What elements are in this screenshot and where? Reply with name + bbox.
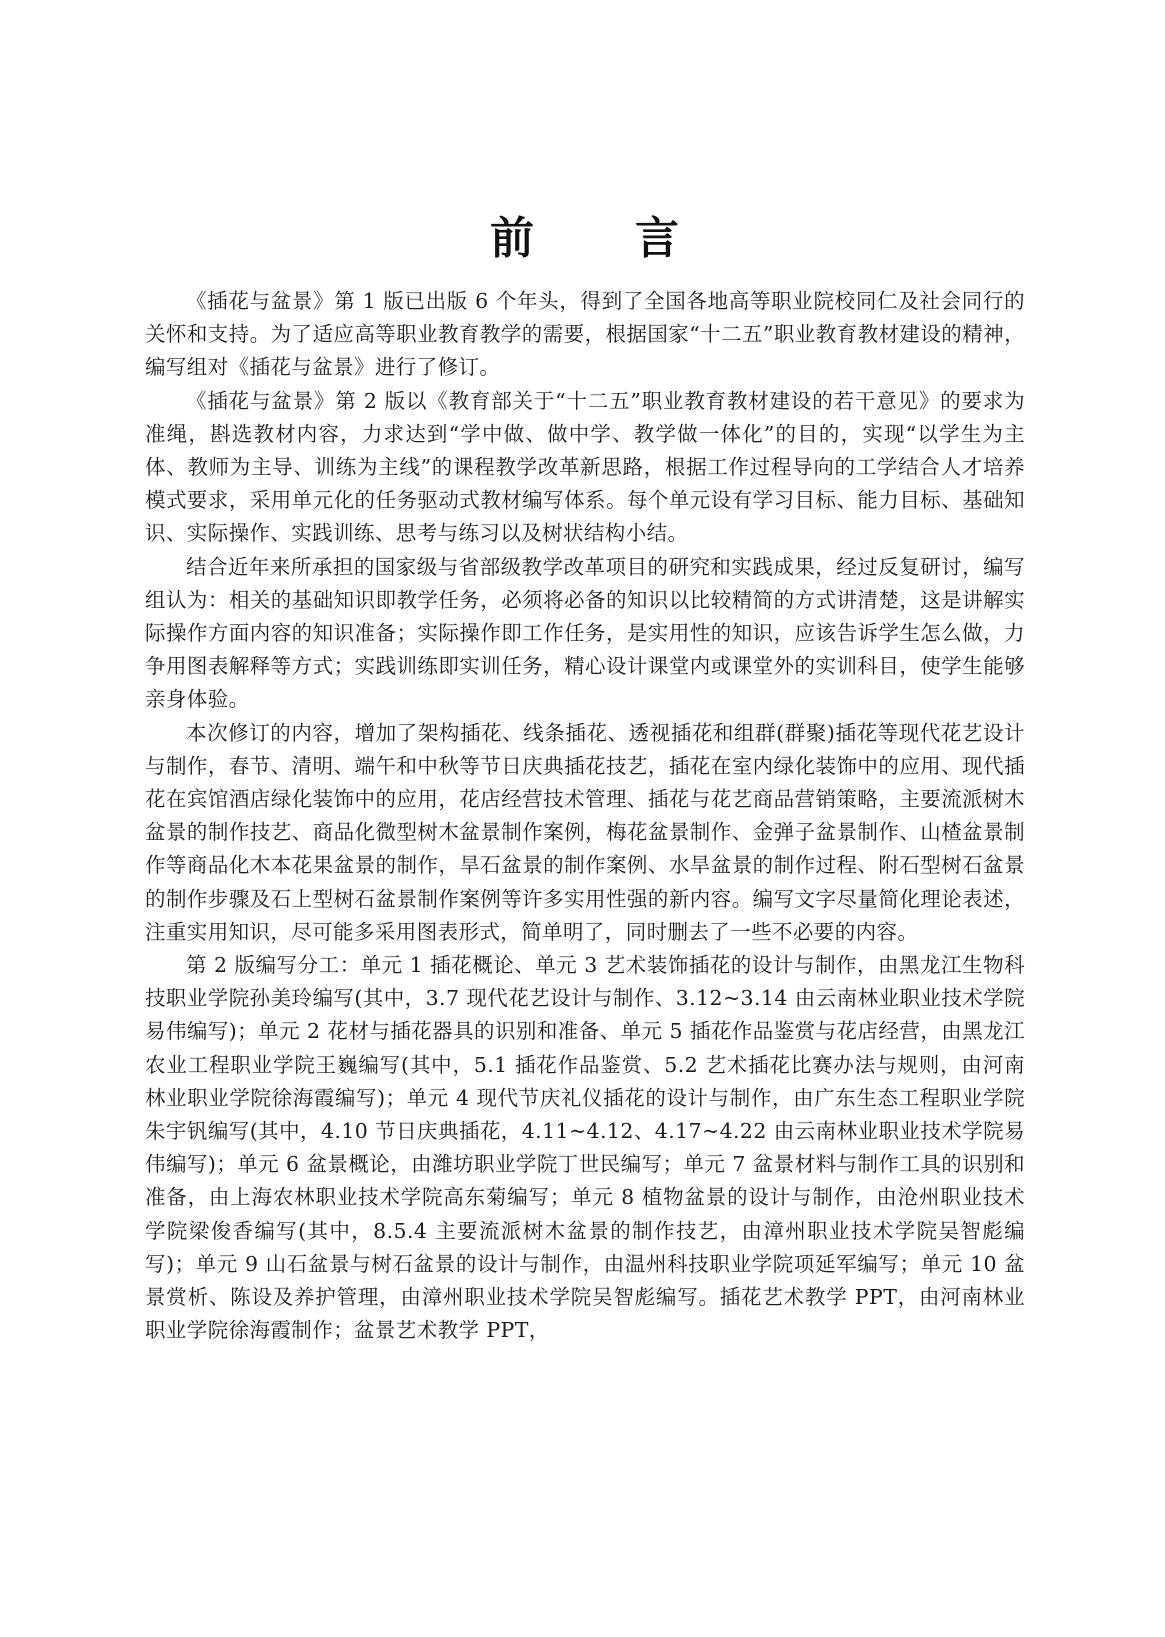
paragraph-first-edition: 《插花与盆景》第 1 版已出版 6 个年头，得到了全国各地高等职业院校同仁及社会… (145, 285, 1025, 385)
page-title: 前言 (145, 214, 1025, 264)
title-char-2: 言 (635, 213, 680, 264)
paragraph-revision-content: 本次修订的内容，增加了架构插花、线条插花、透视插花和组群(群聚)插花等现代花艺设… (145, 717, 1025, 949)
paragraph-second-edition-approach: 《插花与盆景》第 2 版以《教育部关于“十二五”职业教育教材建设的若干意见》的要… (145, 385, 1025, 551)
paragraph-teaching-structure: 结合近年来所承担的国家级与省部级教学改革项目的研究和实践成果，经过反复研讨，编写… (145, 551, 1025, 717)
paragraph-author-division: 第 2 版编写分工：单元 1 插花概论、单元 3 艺术装饰插花的设计与制作，由黑… (145, 949, 1025, 1347)
title-char-1: 前 (490, 213, 535, 264)
preface-body: 《插花与盆景》第 1 版已出版 6 个年头，得到了全国各地高等职业院校同仁及社会… (145, 285, 1025, 1348)
